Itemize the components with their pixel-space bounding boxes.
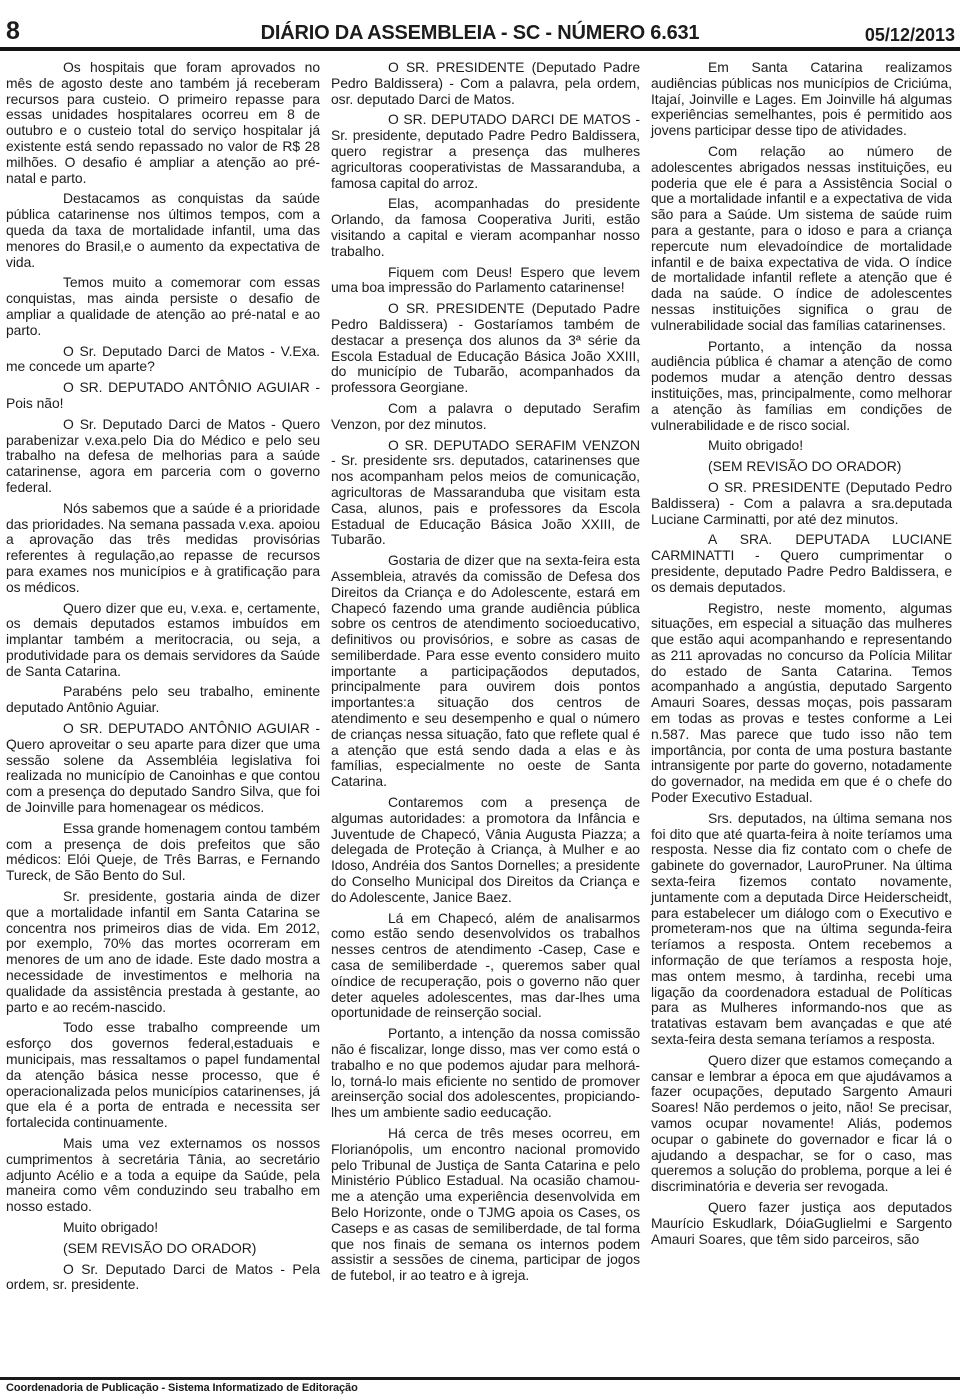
page-number: 8 [6,19,20,44]
column-3: Em Santa Catarina realizamos audiências … [651,60,952,1298]
paragraph: O SR. DEPUTADO ANTÔNIO AGUIAR - Pois não… [6,380,320,412]
paragraph: Com relação ao número de adolescentes ab… [651,144,952,334]
paragraph: Todo esse trabalho compreende um esforço… [6,1020,320,1131]
paragraph: O Sr. Deputado Darci de Matos - Quero pa… [6,417,320,496]
paragraph: Gostaria de dizer que na sexta-feira est… [331,553,640,790]
document-page: 8 DIÁRIO DA ASSEMBLEIA - SC - NÚMERO 6.6… [0,0,960,1298]
paragraph: Parabéns pelo seu trabalho, eminente dep… [6,684,320,716]
column-1: Os hospitais que foram aprovados no mês … [6,60,320,1298]
paragraph: O SR. PRESIDENTE (Deputado Padre Pedro B… [331,60,640,107]
paragraph: (SEM REVISÃO DO ORADOR) [6,1241,320,1257]
paragraph: O SR. DEPUTADO DARCI DE MATOS - Sr. pres… [331,112,640,191]
paragraph: Os hospitais que foram aprovados no mês … [6,60,320,186]
paragraph: Destacamos as conquistas da saúde públic… [6,191,320,270]
paragraph: Srs. deputados, na última semana nos foi… [651,811,952,1048]
page-footer: Coordenadoria de Publicação - Sistema In… [0,1377,960,1398]
paragraph: O SR. DEPUTADO SERAFIM VENZON - Sr. pres… [331,438,640,549]
footer-imprint: Coordenadoria de Publicação - Sistema In… [0,1380,960,1398]
paragraph: Portanto, a intenção da nossa audiência … [651,339,952,434]
paragraph: Muito obrigado! [6,1220,320,1236]
page-header: 8 DIÁRIO DA ASSEMBLEIA - SC - NÚMERO 6.6… [0,0,960,51]
paragraph: Quero dizer que eu, v.exa. e, certamente… [6,601,320,680]
paragraph: O SR. PRESIDENTE (Deputado Pedro Baldiss… [651,480,952,527]
text-columns: Os hospitais que foram aprovados no mês … [0,51,960,1298]
column-2: O SR. PRESIDENTE (Deputado Padre Pedro B… [331,60,640,1298]
paragraph: O Sr. Deputado Darci de Matos - Pela ord… [6,1262,320,1294]
paragraph: Muito obrigado! [651,438,952,454]
paragraph: Com a palavra o deputado Serafim Venzon,… [331,401,640,433]
paragraph: Elas, acompanhadas do presidente Orlando… [331,196,640,259]
paragraph: Contaremos com a presença de algumas aut… [331,795,640,906]
paragraph: O Sr. Deputado Darci de Matos - V.Exa. m… [6,344,320,376]
paragraph: O SR. DEPUTADO ANTÔNIO AGUIAR - Quero ap… [6,721,320,816]
paragraph: A SRA. DEPUTADA LUCIANE CARMINATTI - Que… [651,532,952,595]
paragraph: O SR. PRESIDENTE (Deputado Padre Pedro B… [331,301,640,396]
paragraph: Essa grande homenagem contou também com … [6,821,320,884]
paragraph: Lá em Chapecó, além de analisarmos como … [331,911,640,1022]
paragraph: Em Santa Catarina realizamos audiências … [651,60,952,139]
paragraph: Quero fazer justiça aos deputados Mauríc… [651,1200,952,1247]
paragraph: Temos muito a comemorar com essas conqui… [6,275,320,338]
page-title: DIÁRIO DA ASSEMBLEIA - SC - NÚMERO 6.631 [0,23,960,43]
paragraph: Há cerca de três meses ocorreu, em Flori… [331,1126,640,1284]
paragraph: Fiquem com Deus! Espero que levem uma bo… [331,265,640,297]
paragraph: Nós sabemos que a saúde é a prioridade d… [6,501,320,596]
paragraph: Mais uma vez externamos os nossos cumpri… [6,1136,320,1215]
paragraph: (SEM REVISÃO DO ORADOR) [651,459,952,475]
issue-date: 05/12/2013 [865,26,955,44]
paragraph: Portanto, a intenção da nossa comissão n… [331,1026,640,1121]
paragraph: Registro, neste momento, algumas situaçõ… [651,601,952,806]
paragraph: Quero dizer que estamos começando a cans… [651,1053,952,1195]
paragraph: Sr. presidente, gostaria ainda de dizer … [6,889,320,1015]
